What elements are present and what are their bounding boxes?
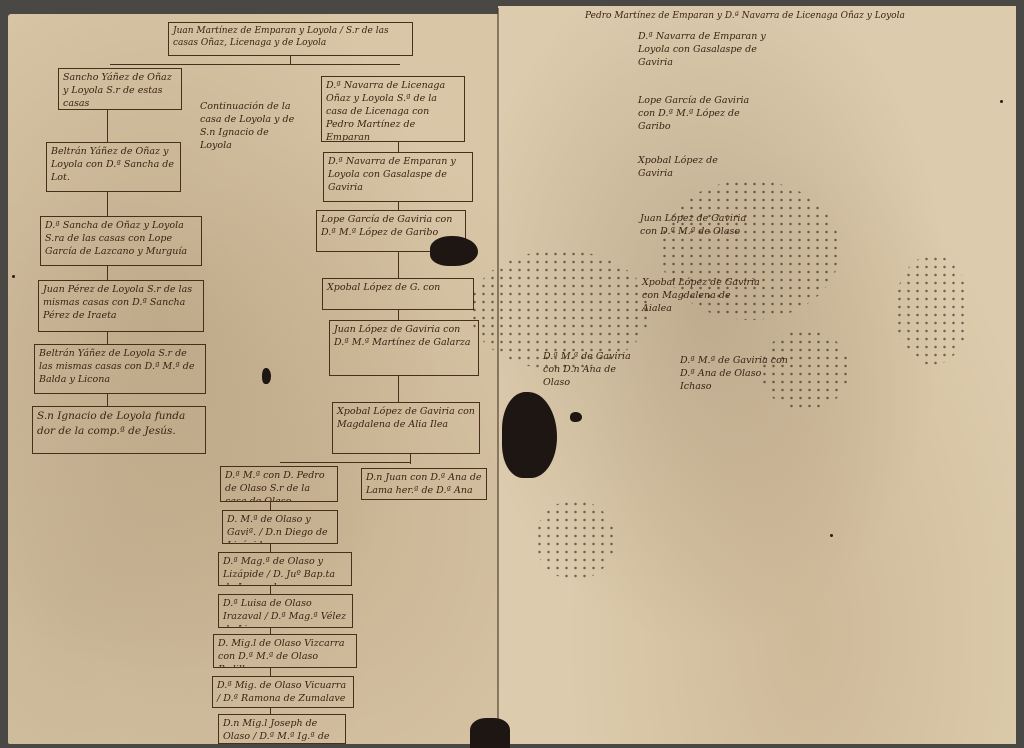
connector <box>270 668 271 676</box>
connector <box>270 544 271 552</box>
lineage-bottom-7: D.n Mig.l Joseph de Olaso / D.ª M.ª Ig.ª… <box>218 714 346 744</box>
lineage-bottom-5: D. Mig.l de Olaso Vizcarra con D.ª M.ª d… <box>213 634 357 668</box>
page-fold <box>497 8 499 746</box>
lineage-center-1: D.ª Navarra de Licenaga Oñaz y Loyola S.… <box>321 76 465 142</box>
connector <box>270 502 271 510</box>
mold-spots <box>470 250 650 370</box>
lineage-center-7: D.n Juan con D.ª Ana de Lama her.ª de D.… <box>361 468 487 500</box>
lineage-center-4: Xpobal López de G. con <box>322 278 474 310</box>
lineage-box-1: Sancho Yáñez de Oñaz y Loyola S.r de est… <box>58 68 182 110</box>
lineage-box-ignacio: S.n Ignacio de Loyola funda dor de la co… <box>32 406 206 454</box>
lineage-center-2: D.ª Navarra de Emparan y Loyola con Gasa… <box>323 152 473 202</box>
ink-stain <box>430 236 478 266</box>
connector <box>107 192 108 216</box>
speck <box>1000 100 1003 103</box>
right-entry-2: Lope García de Gaviria con D.ª M.ª López… <box>638 94 768 133</box>
ink-stain <box>262 368 271 384</box>
ink-stain <box>570 412 582 422</box>
speck <box>830 534 833 537</box>
ink-stain <box>502 392 557 478</box>
connector <box>398 376 399 402</box>
lineage-bottom-2: D. M.ª de Olaso y Gaviª. / D.n Diego de … <box>222 510 338 544</box>
mold-spots <box>895 255 970 365</box>
connector <box>398 310 399 320</box>
lineage-bottom-1: D.ª M.ª con D. Pedro de Olaso S.r de la … <box>220 466 338 502</box>
right-entry-3: Xpobal López de Gaviria <box>638 154 748 180</box>
connector <box>107 110 108 142</box>
connector <box>107 266 108 280</box>
lineage-bottom-3: D.ª Mag.ª de Olaso y Lizápide / D. Juº B… <box>218 552 352 586</box>
ink-stain <box>470 718 510 748</box>
connector <box>410 454 411 464</box>
connector <box>107 394 108 406</box>
mold-spots <box>660 180 840 320</box>
side-note: Continuación de la casa de Loyola y de S… <box>200 100 300 152</box>
connector <box>110 64 400 65</box>
connector <box>398 252 399 278</box>
lineage-box-3: D.ª Sancha de Oñaz y Loyola S.ra de las … <box>40 216 202 266</box>
connector <box>398 142 399 152</box>
lineage-box-2: Beltrán Yáñez de Oñaz y Loyola con D.ª S… <box>46 142 181 192</box>
mold-spots <box>760 330 850 410</box>
connector <box>398 202 399 210</box>
right-entry-1: D.ª Navarra de Emparan y Loyola con Gasa… <box>638 30 778 69</box>
mold-spots <box>535 500 615 580</box>
connector <box>280 462 410 463</box>
header-box: Juan Martínez de Emparan y Loyola / S.r … <box>168 22 413 56</box>
connector <box>290 56 291 64</box>
connector <box>107 332 108 344</box>
lineage-center-6: Xpobal López de Gaviria con Magdalena de… <box>332 402 480 454</box>
lineage-bottom-4: D.ª Luisa de Olaso Irazaval / D.ª Mag.ª … <box>218 594 353 628</box>
lineage-box-5: Beltrán Yáñez de Loyola S.r de las misma… <box>34 344 206 394</box>
lineage-center-5: Juan López de Gaviria con D.ª M.ª Martín… <box>329 320 479 376</box>
right-header-line: Pedro Martínez de Emparan y D.ª Navarra … <box>585 10 1005 23</box>
speck <box>12 275 15 278</box>
connector <box>270 586 271 594</box>
lineage-bottom-6: D.ª Mig. de Olaso Vicuarra / D.ª Ramona … <box>212 676 354 708</box>
lineage-box-4: Juan Pérez de Loyola S.r de las mismas c… <box>38 280 204 332</box>
